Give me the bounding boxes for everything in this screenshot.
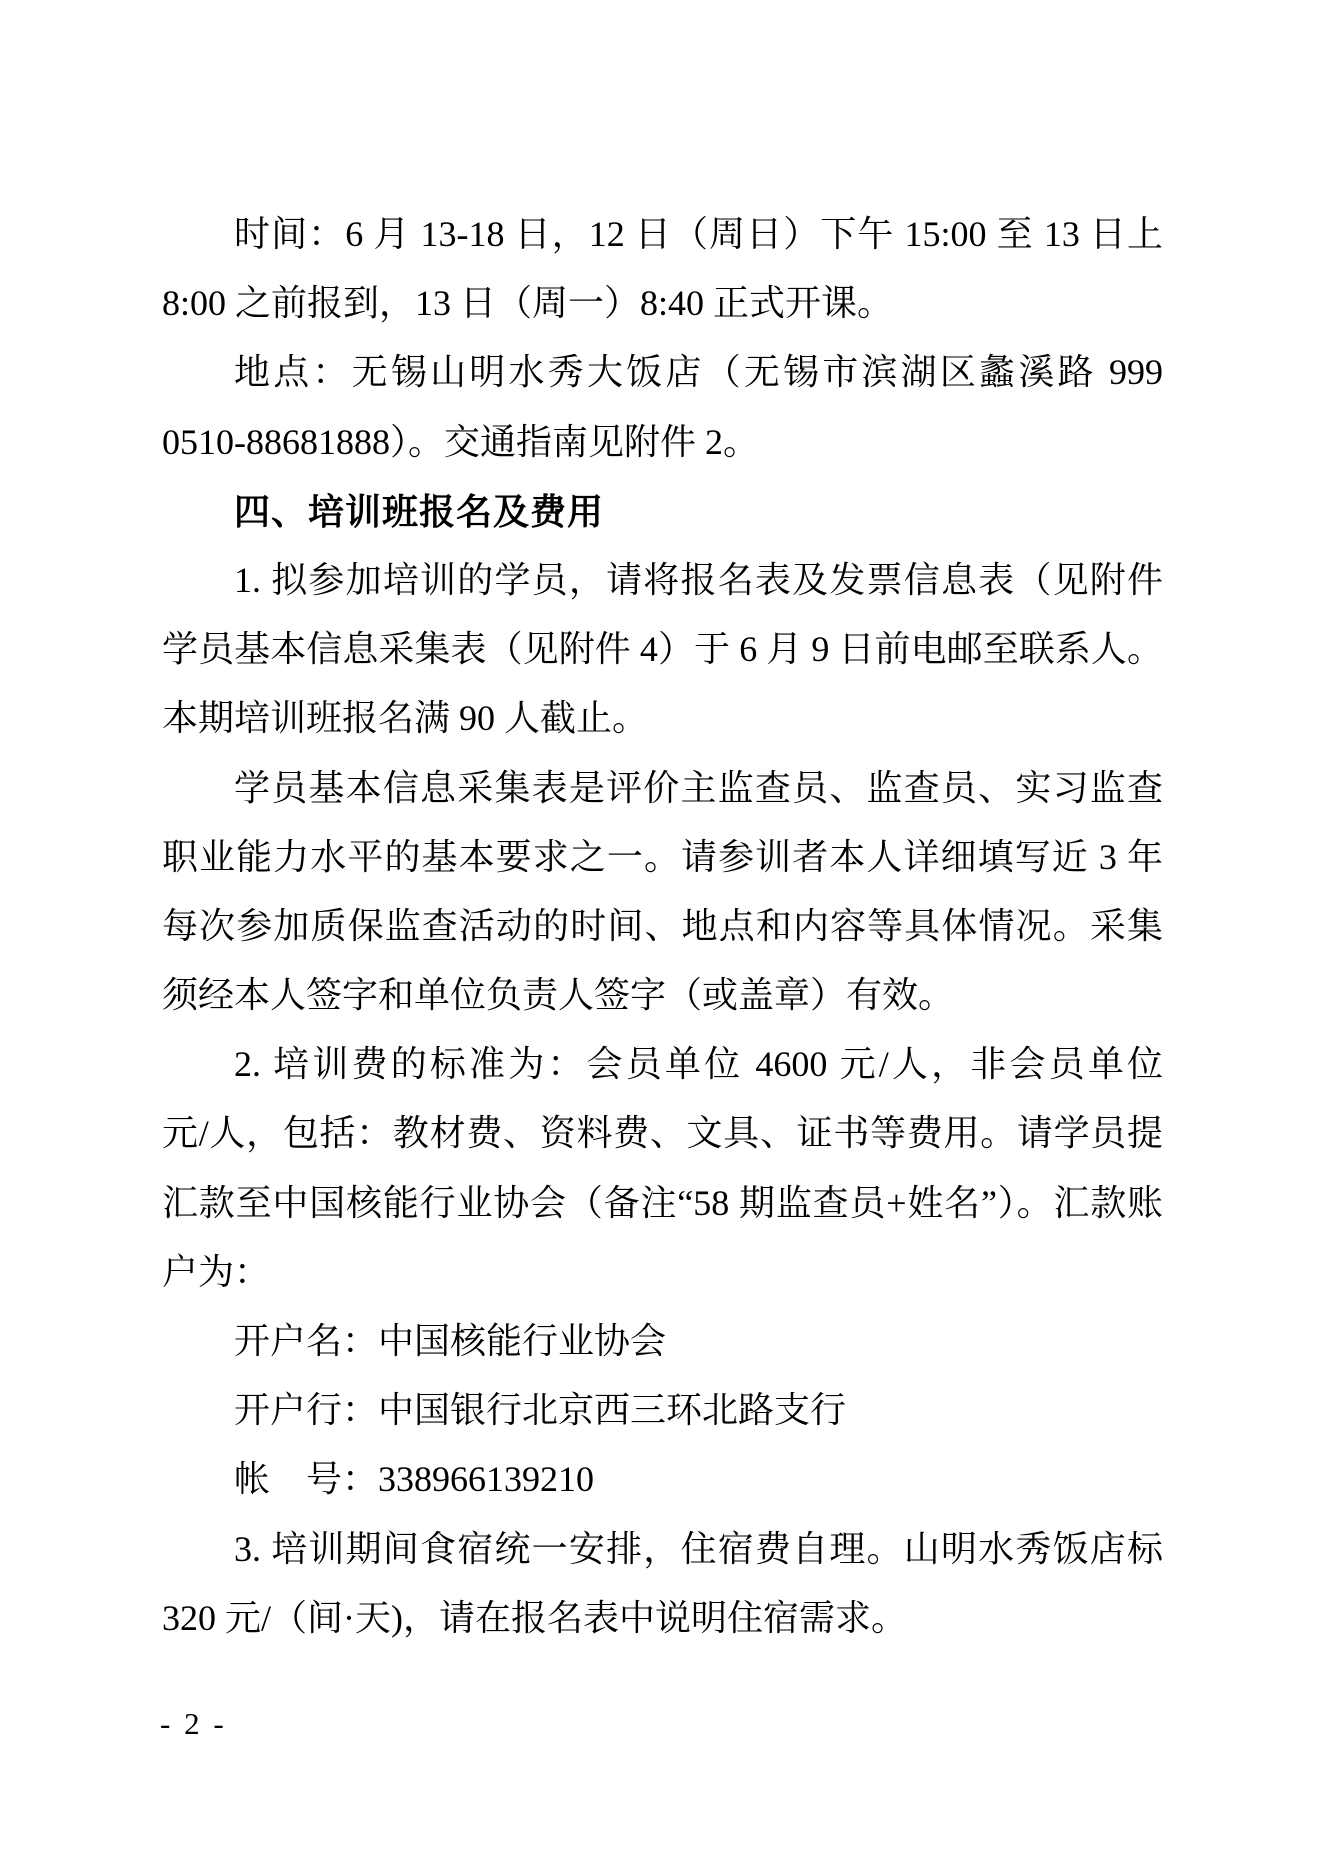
text-line: 每次参加质保监查活动的时间、地点和内容等具体情况。采集表 <box>162 892 1163 961</box>
text-line: 本期培训班报名满 90 人截止。 <box>162 684 1163 753</box>
text-line: 职业能力水平的基本要求之一。请参训者本人详细填写近 3 年内 <box>162 823 1163 892</box>
text-line: 时间：6 月 13-18 日，12 日（周日）下午 15:00 至 13 日上午 <box>162 200 1163 269</box>
text-line: 学员基本信息采集表是评价主监查员、监查员、实习监查员 <box>162 754 1163 823</box>
text-line: 元/人，包括：教材费、资料费、文具、证书等费用。请学员提前 <box>162 1099 1163 1168</box>
text-line: 1. 拟参加培训的学员，请将报名表及发票信息表（见附件 3）、 <box>162 546 1163 615</box>
text-line: 8:00 之前报到，13 日（周一）8:40 正式开课。 <box>162 269 1163 338</box>
text-line: 汇款至中国核能行业协会（备注“58 期监查员+姓名”）。汇款账 <box>162 1169 1163 1238</box>
section-heading: 四、培训班报名及费用 <box>162 477 1163 546</box>
text-line: 2. 培训费的标准为：会员单位 4600 元/人，非会员单位 5200 <box>162 1030 1163 1099</box>
text-line: 须经本人签字和单位负责人签字（或盖章）有效。 <box>162 961 1163 1030</box>
text-line: 地点：无锡山明水秀大饭店（无锡市滨湖区蠡溪路 999 号， <box>162 338 1163 407</box>
text-line: 开户名：中国核能行业协会 <box>162 1307 1163 1376</box>
document-page: 时间：6 月 13-18 日，12 日（周日）下午 15:00 至 13 日上午… <box>0 0 1323 1871</box>
text-line: 3. 培训期间食宿统一安排，住宿费自理。山明水秀饭店标间 <box>162 1515 1163 1584</box>
document-body: 时间：6 月 13-18 日，12 日（周日）下午 15:00 至 13 日上午… <box>162 200 1163 1653</box>
text-line: 开户行：中国银行北京西三环北路支行 <box>162 1376 1163 1445</box>
text-line: 320 元/（间·天)，请在报名表中说明住宿需求。 <box>162 1584 1163 1653</box>
page-number: - 2 - <box>160 1706 227 1742</box>
text-line: 0510-88681888）。交通指南见附件 2。 <box>162 408 1163 477</box>
text-line: 户为： <box>162 1238 1163 1307</box>
text-line: 帐 号：338966139210 <box>162 1445 1163 1514</box>
text-line: 学员基本信息采集表（见附件 4）于 6 月 9 日前电邮至联系人。 <box>162 615 1163 684</box>
